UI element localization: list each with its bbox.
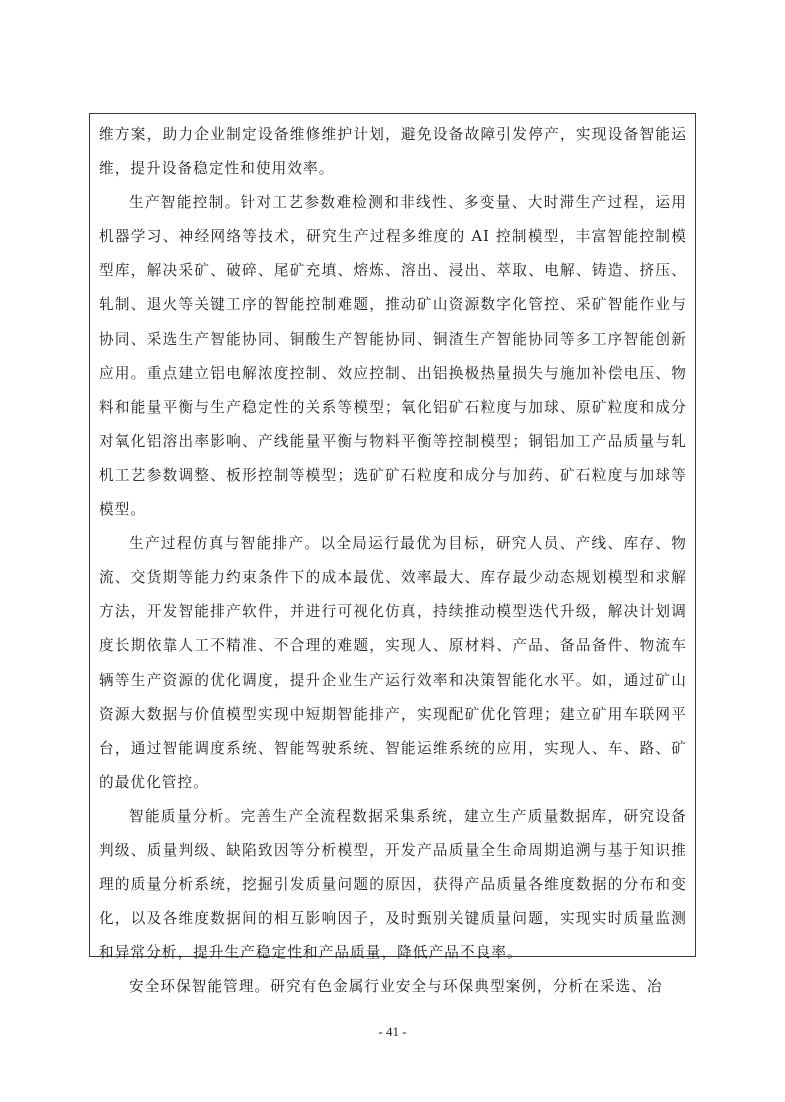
document-body: 维方案，助力企业制定设备维修维护计划，避免设备故障引发停产，实现设备智能运维，提… [99, 118, 687, 1004]
page-number: - 41 - [0, 1024, 785, 1040]
paragraph-production-intelligent-control: 生产智能控制。针对工艺参数难检测和非线性、多变量、大时滞生产过程，运用机器学习、… [99, 186, 687, 527]
content-frame: 维方案，助力企业制定设备维修维护计划，避免设备故障引发停产，实现设备智能运维，提… [89, 113, 696, 957]
paragraph-continuation: 维方案，助力企业制定设备维修维护计划，避免设备故障引发停产，实现设备智能运维，提… [99, 118, 687, 186]
paragraph-process-simulation-scheduling: 生产过程仿真与智能排产。以全局运行最优为目标，研究人员、产线、库存、物流、交货期… [99, 527, 687, 800]
paragraph-intelligent-quality-analysis: 智能质量分析。完善生产全流程数据采集系统，建立生产质量数据库，研究设备判级、质量… [99, 800, 687, 970]
paragraph-safety-environment-management: 安全环保智能管理。研究有色金属行业安全与环保典型案例，分析在采选、冶 [99, 970, 687, 1004]
